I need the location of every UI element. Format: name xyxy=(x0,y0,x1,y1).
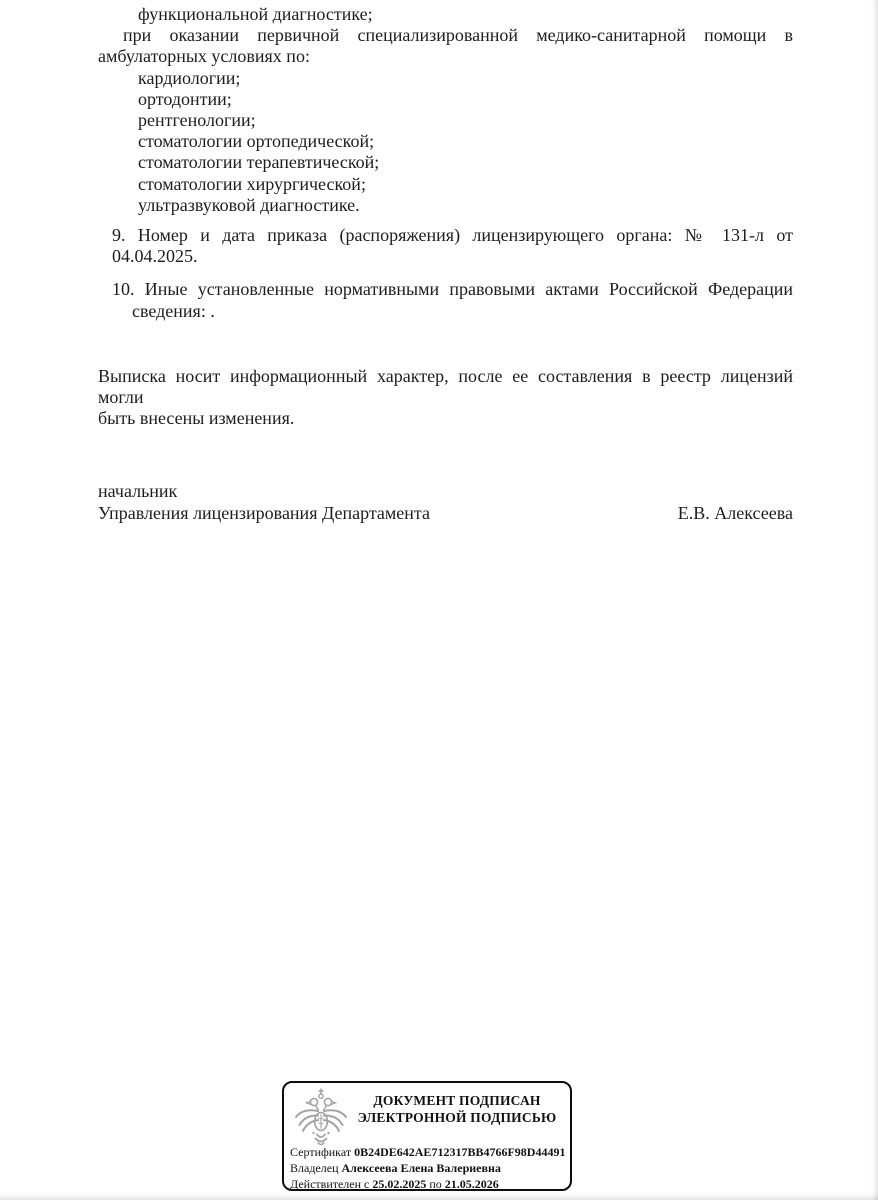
specialty-item: кардиологии; xyxy=(98,68,793,89)
item-10-line1: 10. Иные установленные нормативными прав… xyxy=(98,279,793,300)
specialty-item: стоматологии хирургической; xyxy=(98,174,793,195)
certificate-label: Сертификат xyxy=(290,1145,351,1159)
item-10-other-info: 10. Иные установленные нормативными прав… xyxy=(98,279,793,321)
item-9-order-number: 9. Номер и дата приказа (распоряжения) л… xyxy=(98,225,793,267)
validity-label: Действителен с xyxy=(290,1177,369,1191)
specialty-item: ортодонтии; xyxy=(98,89,793,110)
specialty-line-continued: функциональной диагностике; xyxy=(98,4,793,25)
paragraph-primary-care-line1: при оказании первичной специализированно… xyxy=(98,25,793,46)
electronic-signature-stamp: ДОКУМЕНТ ПОДПИСАН ЭЛЕКТРОННОЙ ПОДПИСЬЮ С… xyxy=(282,1081,572,1191)
validity-separator: по xyxy=(429,1177,441,1191)
item-10-line2: сведения: . xyxy=(98,301,793,322)
validity-to-date: 21.05.2026 xyxy=(445,1177,499,1191)
signatory-name: Е.В. Алексеева xyxy=(678,503,793,524)
validity-from-date: 25.02.2025 xyxy=(372,1177,426,1191)
specialty-item: ультразвуковой диагностике. xyxy=(98,195,793,216)
document-page: функциональной диагностике; при оказании… xyxy=(0,0,878,1200)
stamp-info: Сертификат 0B24DE642AE712317BB4766F98D44… xyxy=(290,1144,566,1192)
owner-label: Владелец xyxy=(290,1161,339,1175)
signature-block: начальник Управления лицензирования Депа… xyxy=(98,481,793,523)
note-line1: Выписка носит информационный характер, п… xyxy=(98,366,793,408)
specialty-item: стоматологии ортопедической; xyxy=(98,131,793,152)
stamp-title: ДОКУМЕНТ ПОДПИСАН ЭЛЕКТРОННОЙ ПОДПИСЬЮ xyxy=(348,1093,566,1126)
stamp-certificate-line: Сертификат 0B24DE642AE712317BB4766F98D44… xyxy=(290,1144,566,1160)
stamp-validity-line: Действителен с 25.02.2025 по 21.05.2026 xyxy=(290,1176,566,1192)
stamp-owner-line: Владелец Алексеева Елена Валериевна xyxy=(290,1160,566,1176)
note-line2: быть внесены изменения. xyxy=(98,408,793,429)
federal-eagle-emblem-icon xyxy=(292,1088,350,1147)
signatory-position-line2: Управления лицензирования Департамента xyxy=(98,503,430,524)
signature-row: Управления лицензирования Департамента Е… xyxy=(98,503,793,524)
informational-note: Выписка носит информационный характер, п… xyxy=(98,366,793,430)
owner-value: Алексеева Елена Валериевна xyxy=(342,1161,501,1175)
specialty-item: стоматологии терапевтической; xyxy=(98,152,793,173)
specialty-item: рентгенологии; xyxy=(98,110,793,131)
paragraph-primary-care-line2: амбулаторных условиях по: xyxy=(98,46,793,67)
certificate-value: 0B24DE642AE712317BB4766F98D44491 xyxy=(354,1145,565,1159)
document-body: функциональной диагностике; при оказании… xyxy=(98,4,793,524)
signatory-position-line1: начальник xyxy=(98,481,793,502)
